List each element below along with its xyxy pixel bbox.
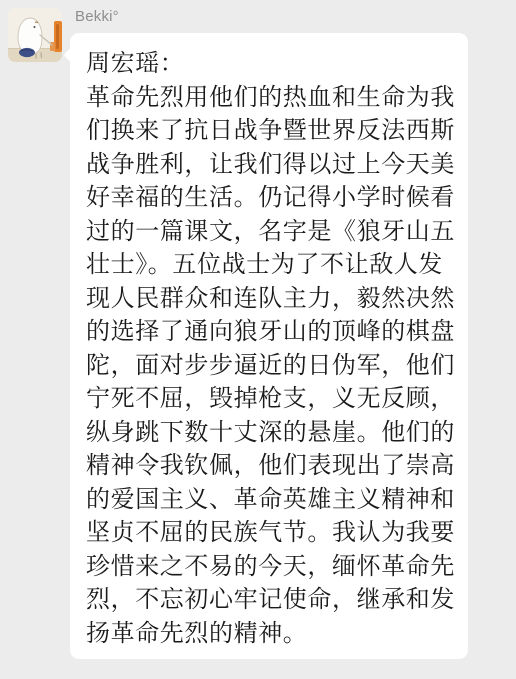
message-line: 纵身跳下数十丈深的悬崖。他们的 xyxy=(86,416,458,450)
message-line: 现人民群众和连队主力，毅然决然 xyxy=(86,282,458,316)
message-bubble[interactable]: 周宏瑶：革命先烈用他们的热血和生命为我们换来了抗日战争暨世界反法西斯战争胜利，让… xyxy=(70,33,468,659)
message-line: 精神令我钦佩，他们表现出了崇高 xyxy=(86,449,458,483)
message-line: 好幸福的生活。仍记得小学时候看 xyxy=(86,181,458,215)
message-text: 周宏瑶：革命先烈用他们的热血和生命为我们换来了抗日战争暨世界反法西斯战争胜利，让… xyxy=(86,47,458,650)
message-line: 陀，面对步步逼近的日伪军，他们 xyxy=(86,349,458,383)
message-line: 珍惜来之不易的今天，缅怀革命先 xyxy=(86,550,458,584)
message-line: 的爱国主义、革命英雄主义精神和 xyxy=(86,483,458,517)
message-line: 过的一篇课文，名字是《狼牙山五 xyxy=(86,215,458,249)
message-line: 革命先烈用他们的热血和生命为我 xyxy=(86,81,458,115)
message-line: 烈，不忘初心牢记使命，继承和发 xyxy=(86,583,458,617)
message-line: 们换来了抗日战争暨世界反法西斯 xyxy=(86,114,458,148)
message-line: 壮士》。五位战士为了不让敌人发 xyxy=(86,248,458,282)
message-line: 的选择了通向狼牙山的顶峰的棋盘 xyxy=(86,315,458,349)
message-line: 坚贞不屈的民族气节。我认为我要 xyxy=(86,516,458,550)
message-line: 扬革命先烈的精神。 xyxy=(86,617,458,651)
sender-name: Bekki° xyxy=(75,7,119,26)
message-line: 周宏瑶： xyxy=(86,47,458,81)
message-line: 战争胜利，让我们得以过上今天美 xyxy=(86,148,458,182)
cartoon-blob-avatar-icon xyxy=(8,8,62,62)
sender-avatar[interactable] xyxy=(8,8,62,62)
message-line: 宁死不屈，毁掉枪支，义无反顾， xyxy=(86,382,458,416)
bubble-tail xyxy=(64,47,81,64)
chat-screen: Bekki° 周宏瑶：革命先烈用他们的热血和生命为我们换来了抗日战争暨世界反法西… xyxy=(0,0,516,679)
